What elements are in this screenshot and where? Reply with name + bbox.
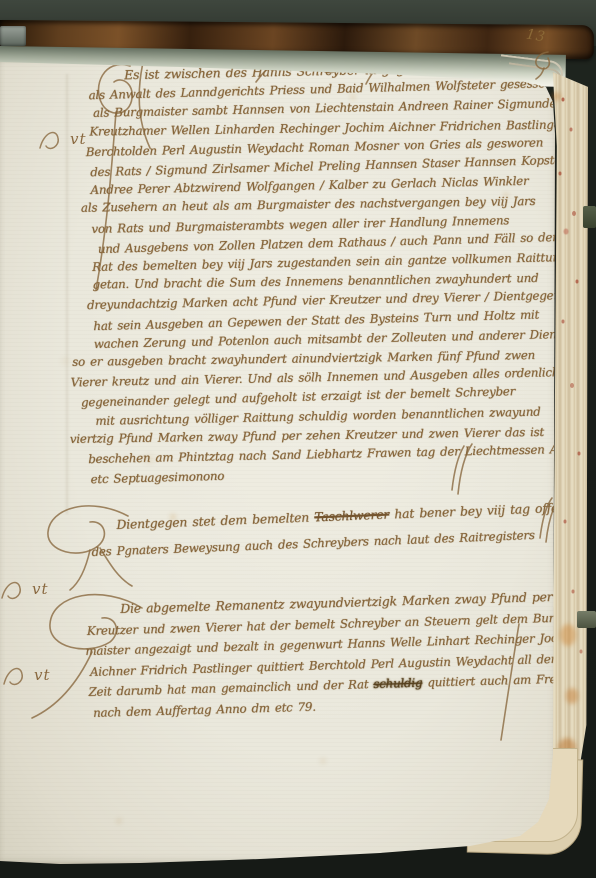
fore-edge-speckles: [556, 84, 558, 87]
text-block-3-lines: Die abgemelte Remanentz zwayundviertzigk…: [86, 587, 558, 682]
line-text: quittiert auch am Freytag: [422, 671, 560, 689]
edge-tab: [577, 611, 596, 628]
fore-edge-stain: [560, 624, 576, 646]
ink-blot-word: schuldig: [373, 676, 422, 691]
struck-word: Taschlwerer: [314, 507, 389, 525]
nota-glyph: vt: [70, 130, 87, 148]
fore-edge-stain: [566, 688, 578, 704]
text-block-1: Es ist zwischen des Hanns Schreyber in g…: [88, 56, 560, 488]
nota-glyph: vt: [34, 666, 51, 684]
line-text: hat bener bey viij tag offen Zinss: [389, 498, 560, 521]
margin-nota-mark: vt: [6, 578, 23, 596]
photo-background: Es ist zwischen des Hanns Schreyber in g…: [0, 0, 596, 878]
manuscript-page: Es ist zwischen des Hanns Schreyber in g…: [0, 54, 560, 866]
nota-swash-icon: [2, 660, 36, 690]
folio-number-ink: 13: [525, 27, 547, 46]
line-text: Zeit darumb hat man gemainclich und der …: [88, 677, 373, 699]
nota-swash-icon: [38, 124, 72, 154]
edge-tab: [583, 206, 596, 228]
margin-nota-mark: vt: [8, 664, 25, 682]
margin-nota-mark: vt: [44, 128, 61, 146]
fore-edge-stain: [552, 92, 561, 101]
nota-glyph: vt: [32, 580, 49, 598]
text-block-3: Die abgemelte Remanentz zwayundviertzigk…: [86, 587, 559, 723]
nota-swash-icon: [0, 574, 34, 604]
line-text: Dientgegen stet dem bemelten: [116, 509, 314, 532]
metal-fitting: [0, 26, 26, 46]
